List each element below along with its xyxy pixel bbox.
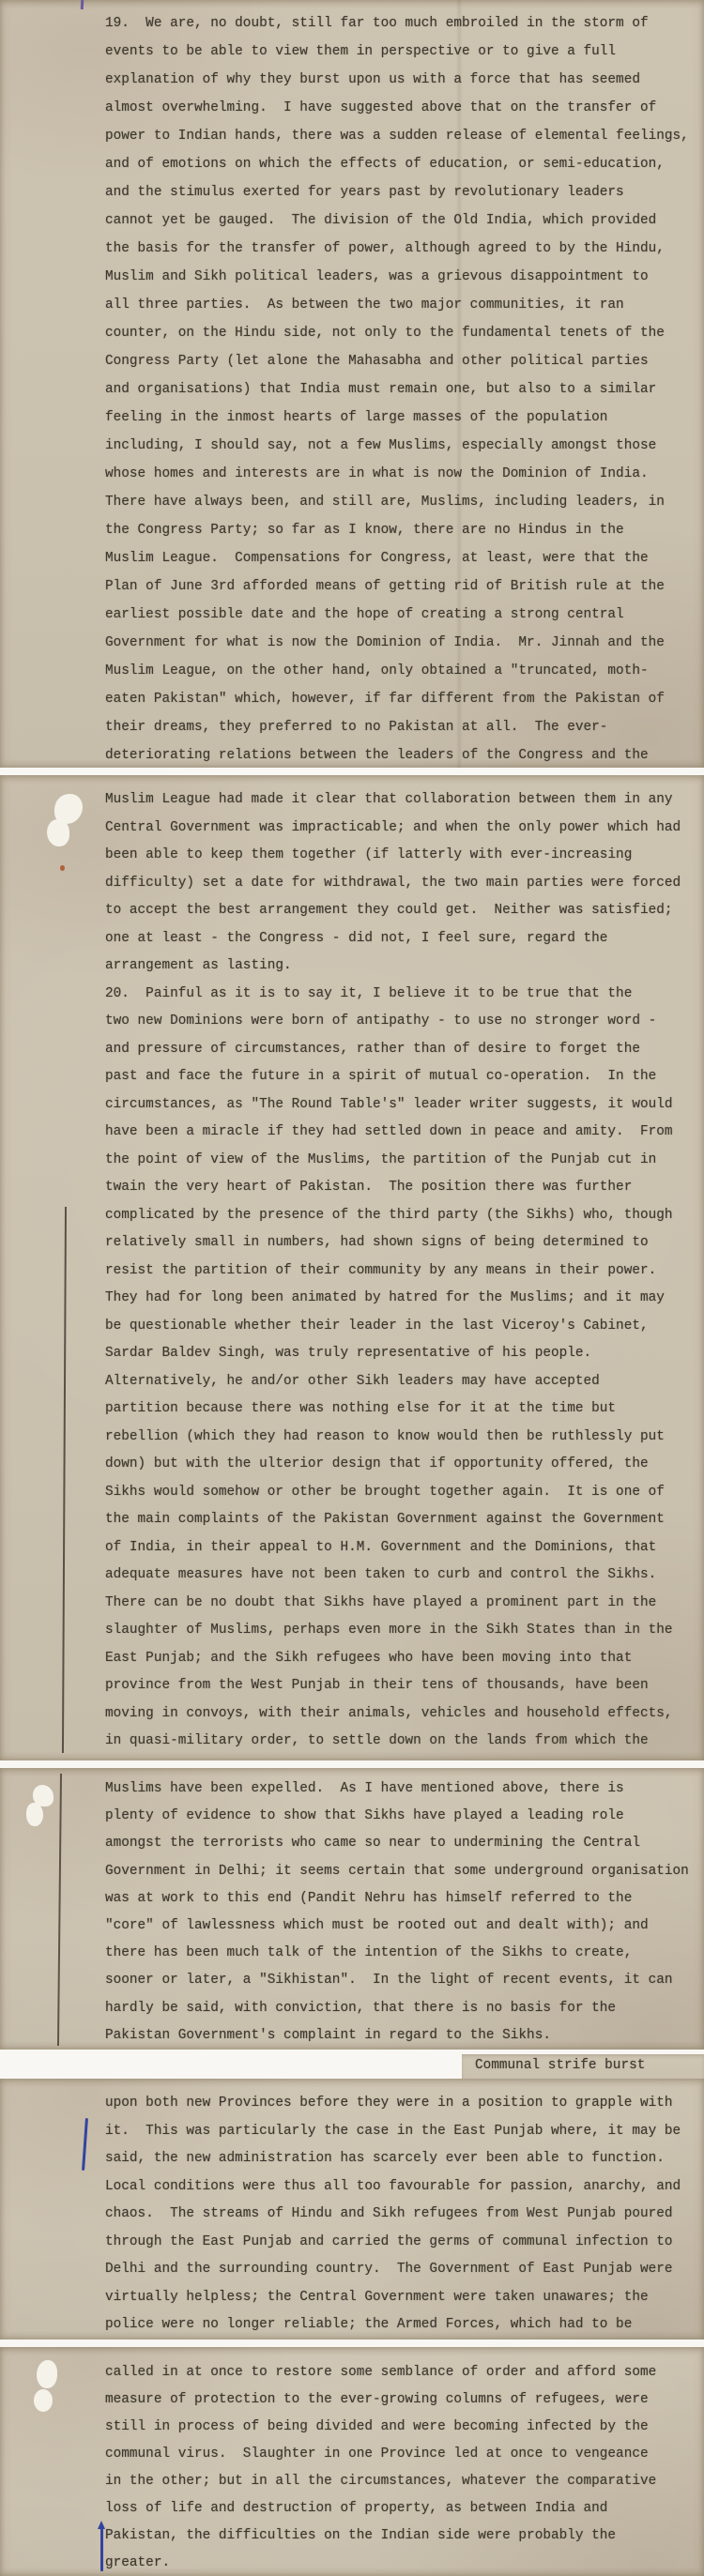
text-line: all three parties. As between the two ma…: [105, 291, 704, 319]
text-line: plenty of evidence to show that Sikhs ha…: [105, 1803, 704, 1830]
text-line: in the other; but in all the circumstanc…: [105, 2468, 704, 2495]
text-line: partition because there was nothing else…: [105, 1395, 704, 1424]
page-5-text: called in at once to restore some sembla…: [0, 2347, 704, 2576]
text-line: 20. Painful as it is to say it, I believ…: [105, 981, 704, 1009]
text-line: of India, in their appeal to H.M. Govern…: [105, 1534, 704, 1562]
text-line: Alternatively, he and/or other Sikh lead…: [105, 1368, 704, 1396]
text-line: down) but with the ulterior design that …: [105, 1451, 704, 1479]
text-line: upon both new Provinces before they were…: [105, 2090, 704, 2118]
text-line: and the stimulus exerted for years past …: [105, 178, 704, 206]
text-line: There have always been, and still are, M…: [105, 488, 704, 516]
text-line: Muslim and Sikh political leaders, was a…: [105, 263, 704, 291]
text-line: in quasi-military order, to settle down …: [105, 1728, 704, 1756]
text-line: including, I should say, not a few Musli…: [105, 432, 704, 460]
text-line: the point of view of the Muslims, the pa…: [105, 1147, 704, 1175]
text-line: been able to keep them together (if latt…: [105, 842, 704, 870]
text-line: rebellion (which they had reason to know…: [105, 1424, 704, 1452]
text-line: and organisations) that India must remai…: [105, 375, 704, 404]
text-line: 19. We are, no doubt, still far too much…: [105, 9, 704, 38]
text-line: events to be able to view them in perspe…: [105, 38, 704, 66]
text-line: measure of protection to the ever-growin…: [105, 2386, 704, 2414]
text-line: Sardar Baldev Singh, was truly represent…: [105, 1340, 704, 1368]
page-2-text: Muslim League had made it clear that col…: [0, 775, 704, 1756]
document-page-4: upon both new Provinces before they were…: [0, 2079, 704, 2340]
text-line: Communal strife burst: [462, 2054, 704, 2077]
text-line: Delhi and the surrounding country. The G…: [105, 2256, 704, 2284]
text-line: Muslim League had made it clear that col…: [105, 786, 704, 815]
text-line: eaten Pakistan" which, however, if far d…: [105, 685, 704, 713]
text-line: was at work to this end (Pandit Nehru ha…: [105, 1885, 704, 1913]
text-line: Muslim League, on the other hand, only o…: [105, 657, 704, 685]
text-line: virtually helpless; the Central Governme…: [105, 2284, 704, 2312]
text-line: power to Indian hands, there was a sudde…: [105, 122, 704, 150]
text-line: moving in convoys, with their animals, v…: [105, 1700, 704, 1729]
text-line: Pakistan, the difficulties on the Indian…: [105, 2523, 704, 2550]
text-line: earliest possible date and the hope of c…: [105, 601, 704, 629]
text-line: still in process of being divided and we…: [105, 2414, 704, 2441]
text-line: deteriorating relations between the lead…: [105, 741, 704, 768]
text-line: Congress Party (let alone the Mahasabha …: [105, 347, 704, 375]
text-line: amongst the terrorists who came so near …: [105, 1830, 704, 1857]
page-3-text: Muslims have been expelled. As I have me…: [0, 1768, 704, 2050]
text-line: twain the very heart of Pakistan. The po…: [105, 1174, 704, 1202]
text-line: difficulty) set a date for withdrawal, t…: [105, 870, 704, 898]
document-page-3: Muslims have been expelled. As I have me…: [0, 1768, 704, 2050]
text-line: through the East Punjab and carried the …: [105, 2229, 704, 2257]
text-line: the basis for the transfer of power, alt…: [105, 235, 704, 263]
page-4-text: upon both new Provinces before they were…: [0, 2079, 704, 2340]
text-line: said, the new administration has scarcel…: [105, 2145, 704, 2173]
text-line: past and face the future in a spirit of …: [105, 1063, 704, 1091]
document-page-2: Muslim League had made it clear that col…: [0, 775, 704, 1761]
page-1-text: 19. We are, no doubt, still far too much…: [0, 0, 704, 768]
text-line: Sikhs would somehow or other be brought …: [105, 1479, 704, 1507]
text-line: greater.: [105, 2550, 704, 2576]
text-line: loss of life and destruction of property…: [105, 2495, 704, 2523]
text-line: They had for long been animated by hatre…: [105, 1285, 704, 1313]
text-line: called in at once to restore some sembla…: [105, 2359, 704, 2386]
text-line: feeling in the inmost hearts of large ma…: [105, 404, 704, 432]
text-line: explanation of why they burst upon us wi…: [105, 66, 704, 94]
text-line: two new Dominions were born of antipathy…: [105, 1008, 704, 1036]
text-line: relatively small in numbers, had shown s…: [105, 1229, 704, 1258]
text-line: one at least - the Congress - did not, I…: [105, 925, 704, 953]
text-line: be questionable whether their leader in …: [105, 1313, 704, 1341]
text-line: their dreams, they preferred to no Pakis…: [105, 713, 704, 741]
text-line: "core" of lawlessness which must be root…: [105, 1913, 704, 1940]
text-line: and pressure of circumstances, rather th…: [105, 1036, 704, 1064]
text-line: Plan of June 3rd afforded means of getti…: [105, 572, 704, 601]
text-line: police were no longer reliable; the Arme…: [105, 2311, 704, 2340]
text-line: Pakistan Government's complaint in regar…: [105, 2022, 704, 2050]
text-line: hardly be said, with conviction, that th…: [105, 1995, 704, 2022]
text-line: adequate measures have not been taken to…: [105, 1562, 704, 1590]
text-line: resist the partition of their community …: [105, 1258, 704, 1286]
text-line: and of emotions on which the effects of …: [105, 150, 704, 178]
text-line: whose homes and interests are in what is…: [105, 460, 704, 488]
text-line: province from the West Punjab in their t…: [105, 1672, 704, 1700]
document-page-1: 19. We are, no doubt, still far too much…: [0, 0, 704, 768]
text-line: There can be no doubt that Sikhs have pl…: [105, 1590, 704, 1618]
text-line: Muslim League. Compensations for Congres…: [105, 544, 704, 572]
text-line: cannot yet be gauged. The division of th…: [105, 206, 704, 235]
text-line: chaos. The streams of Hindu and Sikh ref…: [105, 2201, 704, 2229]
text-line: slaughter of Muslims, perhaps even more …: [105, 1617, 704, 1645]
text-line: Central Government was impracticable; an…: [105, 815, 704, 843]
text-line: almost overwhelming. I have suggested ab…: [105, 94, 704, 122]
document-page-5: called in at once to restore some sembla…: [0, 2347, 704, 2576]
text-line: Local conditions were thus all too favou…: [105, 2173, 704, 2202]
text-line: sooner or later, a "Sikhistan". In the l…: [105, 1967, 704, 1994]
text-line: counter, on the Hindu side, not only to …: [105, 319, 704, 347]
text-line: East Punjab; and the Sikh refugees who h…: [105, 1645, 704, 1673]
scanned-document: 19. We are, no doubt, still far too much…: [0, 0, 704, 2576]
text-line: have been a miracle if they had settled …: [105, 1119, 704, 1147]
document-page-4-top-edge: Communal strife burst: [462, 2054, 704, 2079]
text-line: communal virus. Slaughter in one Provinc…: [105, 2441, 704, 2468]
text-line: Government for what is now the Dominion …: [105, 629, 704, 657]
text-line: Government in Delhi; it seems certain th…: [105, 1858, 704, 1885]
text-line: it. This was particularly the case in th…: [105, 2118, 704, 2146]
text-line: there has been much talk of the intentio…: [105, 1940, 704, 1967]
text-line: arrangement as lasting.: [105, 953, 704, 981]
text-line: the Congress Party; so far as I know, th…: [105, 516, 704, 544]
text-line: complicated by the presence of the third…: [105, 1202, 704, 1230]
text-line: to accept the best arrangement they coul…: [105, 897, 704, 925]
text-line: the main complaints of the Pakistan Gove…: [105, 1506, 704, 1534]
text-line: circumstances, as "The Round Table's" le…: [105, 1091, 704, 1120]
text-line: Muslims have been expelled. As I have me…: [105, 1776, 704, 1803]
